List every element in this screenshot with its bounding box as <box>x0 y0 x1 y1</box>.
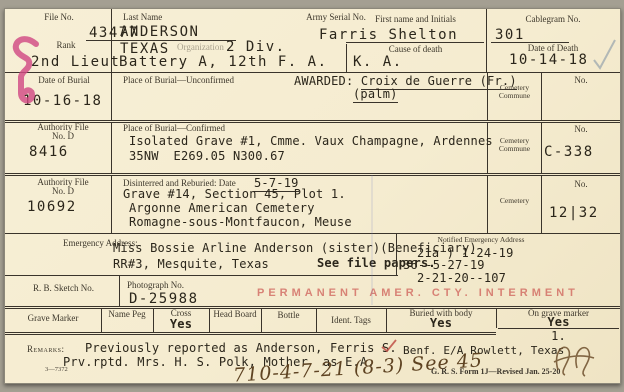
authority-no-1: 8416 <box>29 145 69 159</box>
divider <box>5 332 496 333</box>
on-grave-marker-value: Yes <box>498 316 619 328</box>
buried-with-body-value: Yes <box>388 317 494 329</box>
divider <box>111 122 112 173</box>
cemetery-no-value-2: C-338 <box>544 145 594 159</box>
organization-value: 2 Div. <box>226 40 286 54</box>
divider <box>5 72 620 73</box>
divider <box>111 72 112 120</box>
cablegram-label: Cablegram No. <box>493 15 613 24</box>
divider <box>261 308 262 332</box>
divider <box>5 175 620 176</box>
unit-value: Battery A, 12th F. A. <box>119 55 328 69</box>
form-id: G. R. S. Form 1J—Revised Jan. 25-20 <box>431 368 560 376</box>
cemetery-no-value-3: 12|32 <box>549 206 599 220</box>
grave-marker-label: Grave Marker <box>7 314 99 323</box>
organization-label: Organization <box>177 43 224 52</box>
divider <box>119 275 120 306</box>
divider <box>5 334 496 335</box>
awarded-line: AWARDED: Croix de Guerre (Fr.) <box>294 75 517 87</box>
divider <box>111 175 112 233</box>
photograph-no-label: Photograph No. <box>127 281 184 290</box>
divider <box>346 44 347 72</box>
handwritten-initials <box>546 338 600 380</box>
ident-tags-label: Ident. Tags <box>318 316 384 325</box>
last-name-label: Last Name <box>123 13 162 22</box>
rb-sketch-label: R. B. Sketch No. <box>16 284 111 293</box>
date-of-death-value: 10-14-18 <box>509 53 588 67</box>
divider <box>386 308 387 332</box>
divider <box>5 275 398 276</box>
reburied-line3: Romagne-sous-Montfaucon, Meuse <box>129 216 352 228</box>
photograph-no-value: D-25988 <box>129 292 199 306</box>
cross-value: Yes <box>155 318 207 330</box>
divider <box>487 175 488 233</box>
divider <box>486 9 487 72</box>
divider <box>5 306 620 307</box>
cablegram-value: 301 <box>495 28 525 42</box>
place-unconfirmed-label: Place of Burial—Unconfirmed <box>123 76 234 85</box>
last-name-value: ANDERSON <box>120 25 199 39</box>
notified-entry-2: 36--5-27-19 <box>403 259 485 271</box>
cemetery-commune-label-2: Cemetery Commune <box>489 137 540 153</box>
no-label-3: No. <box>542 180 620 189</box>
cause-of-death-value: K. A. <box>353 55 403 69</box>
emergency-line2: RR#3, Mesquite, Texas <box>113 258 269 270</box>
divider <box>153 308 154 332</box>
authority-no-2: 10692 <box>27 200 77 214</box>
divider <box>5 233 620 234</box>
divider <box>5 173 620 174</box>
scanned-record-photo: File No. 43477 Last Name ANDERSON TEXAS … <box>0 0 624 392</box>
pencil-check-mark <box>591 37 619 73</box>
divider <box>5 122 620 123</box>
file-no-label: File No. <box>19 13 99 22</box>
red-check-mark <box>381 339 397 353</box>
place-confirmed-label: Place of Burial—Confirmed <box>123 124 225 133</box>
first-name-value: Farris Shelton <box>319 28 458 42</box>
confirmed-place-line2: 35NW E269.05 N300.67 <box>129 150 285 162</box>
notified-emergency-label: Notified Emergency Address <box>401 236 561 244</box>
first-name-label: First name and Initials <box>353 15 478 24</box>
awarded-palm: (palm) <box>353 88 398 100</box>
authority-file-label-1: Authority File No. D <box>34 123 92 142</box>
notified-entry-3: 2-21-20--107 <box>417 272 506 284</box>
grave-registration-card: File No. 43477 Last Name ANDERSON TEXAS … <box>4 8 621 384</box>
rank-value: 2nd Lieut <box>31 55 120 69</box>
confirmed-place-line1: Isolated Grave #1, Cmme. Vaux Champagne,… <box>129 135 493 147</box>
head-board-label: Head Board <box>211 310 259 319</box>
bottle-label: Bottle <box>263 311 314 320</box>
no-label-1: No. <box>542 76 620 85</box>
name-peg-label: Name Peg <box>103 310 151 319</box>
remarks-line1: Previously reported as Anderson, Ferris … <box>85 342 397 354</box>
divider <box>209 308 210 332</box>
divider <box>101 308 102 332</box>
divider <box>5 120 620 121</box>
awarded-prefix: AWARDED: <box>294 74 361 88</box>
remarks-label: Remarks: <box>27 345 65 354</box>
cemetery-label-3: Cemetery <box>489 197 540 205</box>
permanent-interment-stamp: PERMANENT AMER. CTY. INTERMENT <box>257 287 579 299</box>
divider <box>496 308 497 328</box>
authority-file-label-2: Authority File No. D <box>34 178 92 197</box>
cemetery-commune-label-1: Cemetery Commune <box>489 84 540 100</box>
print-code: 3—7372 <box>45 367 68 374</box>
reburied-line1: Grave #14, Section 45, Plot 1. <box>123 188 346 200</box>
pink-ink-mark <box>9 35 43 111</box>
divider <box>316 308 317 332</box>
no-label-2: No. <box>542 125 620 134</box>
scan-stain <box>371 175 373 305</box>
reburied-line2: Argonne American Cemetery <box>129 202 315 214</box>
